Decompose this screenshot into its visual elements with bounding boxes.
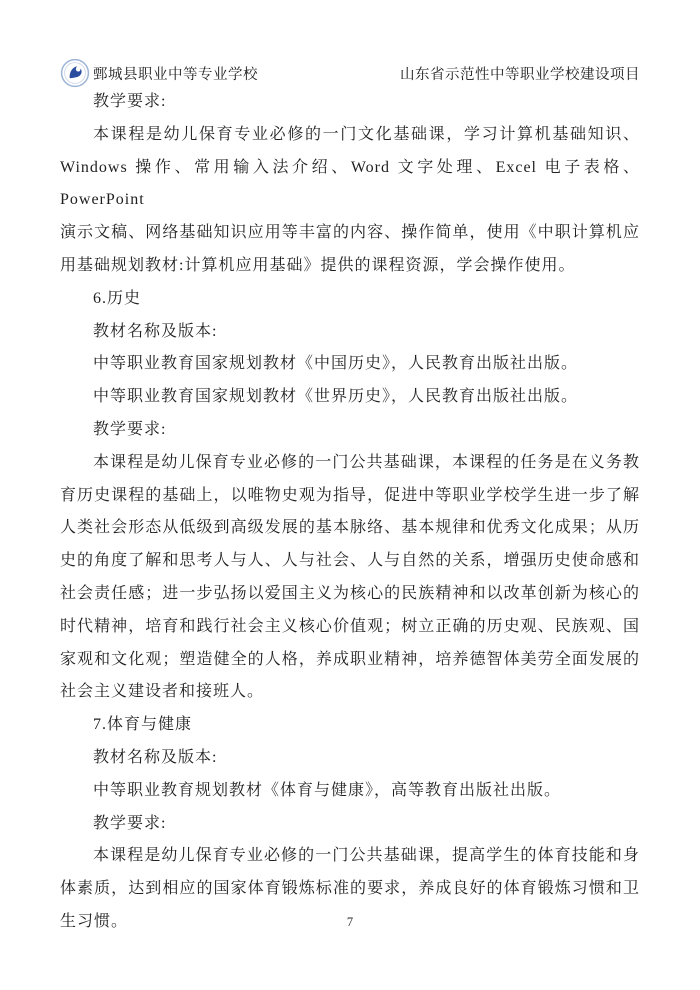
document-body: 教学要求:本课程是幼儿保育专业必修的一门文化基础课，学习计算机基础知识、Wind… (60, 86, 640, 939)
paragraph-line: 本课程是幼儿保育专业必修的一门文化基础课，学习计算机基础知识、 (60, 119, 640, 152)
page-footer: 7 (0, 913, 700, 931)
paragraph-line: 教材名称及版本: (60, 742, 640, 775)
header-right: 山东省示范性中等职业学校建设项目 (400, 63, 640, 84)
paragraph-line: 人类社会形态从低级到高级发展的基本脉络、基本规律和优秀文化成果；从历 (60, 512, 640, 545)
paragraph-line: 育历史课程的基础上，以唯物史观为指导，促进中等职业学校学生进一步了解 (60, 480, 640, 513)
paragraph-line: 教学要求: (60, 414, 640, 447)
paragraph-line: 体素质，达到相应的国家体育锻炼标准的要求，养成良好的体育锻炼习惯和卫 (60, 873, 640, 906)
document-page: 鄄城县职业中等专业学校 山东省示范性中等职业学校建设项目 教学要求:本课程是幼儿… (0, 0, 700, 990)
page-number: 7 (347, 915, 353, 929)
paragraph-line: Windows 操作、常用输入法介绍、Word 文字处理、Excel 电子表格、… (60, 152, 640, 218)
school-name: 鄄城县职业中等专业学校 (93, 63, 258, 84)
paragraph-line: 时代精神，培育和践行社会主义核心价值观；树立正确的历史观、民族观、国 (60, 611, 640, 644)
paragraph-line: 社会主义建设者和接班人。 (60, 676, 640, 709)
paragraph-line: 演示文稿、网络基础知识应用等丰富的内容、操作简单，使用《中职计算机应 (60, 217, 640, 250)
section-heading-line: 7.体育与健康 (60, 709, 640, 742)
paragraph-line: 教学要求: (60, 808, 640, 841)
page-header: 鄄城县职业中等专业学校 山东省示范性中等职业学校建设项目 (60, 57, 640, 89)
project-name: 山东省示范性中等职业学校建设项目 (400, 67, 640, 83)
paragraph-line: 用基础规划教材:计算机应用基础》提供的课程资源，学会操作使用。 (60, 250, 640, 283)
section-heading-line: 6.历史 (60, 283, 640, 316)
paragraph-line: 史的角度了解和思考人与人、人与社会、人与自然的关系，增强历史使命感和 (60, 545, 640, 578)
header-left: 鄄城县职业中等专业学校 (60, 58, 258, 88)
paragraph-line: 本课程是幼儿保育专业必修的一门公共基础课，提高学生的体育技能和身 (60, 840, 640, 873)
paragraph-line: 教学要求: (60, 86, 640, 119)
paragraph-line: 社会责任感；进一步弘扬以爱国主义为核心的民族精神和以改革创新为核心的 (60, 578, 640, 611)
paragraph-line: 本课程是幼儿保育专业必修的一门公共基础课，本课程的任务是在义务教 (60, 447, 640, 480)
paragraph-line: 中等职业教育规划教材《体育与健康》，高等教育出版社出版。 (60, 775, 640, 808)
paragraph-line: 家观和文化观；塑造健全的人格，养成职业精神，培养德智体美劳全面发展的 (60, 644, 640, 677)
school-badge-icon (60, 58, 90, 88)
paragraph-line: 教材名称及版本: (60, 316, 640, 349)
paragraph-line: 中等职业教育国家规划教材《世界历史》，人民教育出版社出版。 (60, 381, 640, 414)
paragraph-line: 中等职业教育国家规划教材《中国历史》，人民教育出版社出版。 (60, 348, 640, 381)
